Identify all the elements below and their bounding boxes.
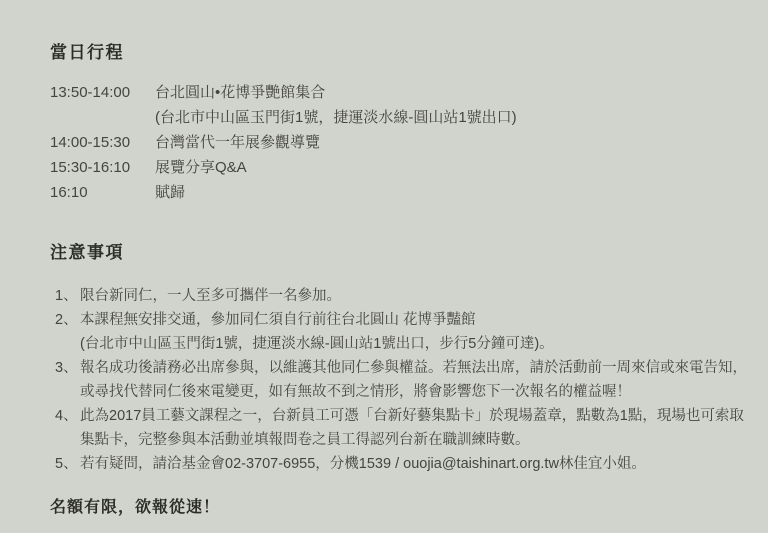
schedule-time: 15:30-16:10 <box>50 155 155 180</box>
note-item: 2、 本課程無安排交通，參加同仁須自行前往台北圓山 花博爭豔館 (台北市中山區玉… <box>55 308 750 356</box>
note-text-group: 若有疑問，請洽基金會02-3707-6955，分機1539 / ouojia@t… <box>80 452 646 476</box>
schedule-desc: 台灣當代一年展參觀導覽 <box>155 130 320 155</box>
schedule-time: 14:00-15:30 <box>50 130 155 155</box>
event-info-page: 當日行程 13:50-14:00 台北圓山•花博爭艷館集合 (台北市中山區玉門街… <box>0 0 768 533</box>
closing-line: 名額有限，欲報從速！ <box>50 494 750 517</box>
note-text-group: 限台新同仁，一人至多可攜伴一名參加。 <box>80 284 341 308</box>
note-text-group: 此為2017員工藝文課程之一，台新員工可憑「台新好藝集點卡」於現場蓋章，點數為1… <box>80 404 744 452</box>
note-text: 報名成功後請務必出席參與，以維護其他同仁參與權益。若無法出席，請於活動前一周來信… <box>80 356 747 380</box>
schedule-list: 13:50-14:00 台北圓山•花博爭艷館集合 (台北市中山區玉門街1號，捷運… <box>50 80 750 205</box>
note-number: 1、 <box>55 284 80 308</box>
note-number: 3、 <box>55 356 80 404</box>
schedule-desc-group: 賦歸 <box>155 180 185 205</box>
note-text: 若有疑問，請洽基金會02-3707-6955，分機1539 / ouojia@t… <box>80 452 646 476</box>
schedule-desc-group: 台灣當代一年展參觀導覽 <box>155 130 320 155</box>
schedule-desc: 賦歸 <box>155 180 185 205</box>
schedule-desc-group: 台北圓山•花博爭艷館集合 (台北市中山區玉門街1號，捷運淡水線-圓山站1號出口) <box>155 80 517 130</box>
schedule-time: 16:10 <box>50 180 155 205</box>
note-number: 5、 <box>55 452 80 476</box>
note-text-group: 報名成功後請務必出席參與，以維護其他同仁參與權益。若無法出席，請於活動前一周來信… <box>80 356 747 404</box>
note-item: 1、 限台新同仁，一人至多可攜伴一名參加。 <box>55 284 750 308</box>
note-item: 3、 報名成功後請務必出席參與，以維護其他同仁參與權益。若無法出席，請於活動前一… <box>55 356 750 404</box>
note-text-group: 本課程無安排交通，參加同仁須自行前往台北圓山 花博爭豔館 (台北市中山區玉門街1… <box>80 308 554 356</box>
schedule-desc-group: 展覽分享Q&A <box>155 155 247 180</box>
schedule-desc: 展覽分享Q&A <box>155 155 247 180</box>
notes-list: 1、 限台新同仁，一人至多可攜伴一名參加。 2、 本課程無安排交通，參加同仁須自… <box>50 284 750 476</box>
note-text: 集點卡，完整參與本活動並填報問卷之員工得認列台新在職訓練時數。 <box>80 428 744 452</box>
schedule-row: 14:00-15:30 台灣當代一年展參觀導覽 <box>50 130 750 155</box>
note-text: 或尋找代替同仁後來電變更，如有無故不到之情形，將會影響您下一次報名的權益喔！ <box>80 380 747 404</box>
note-text: 此為2017員工藝文課程之一，台新員工可憑「台新好藝集點卡」於現場蓋章，點數為1… <box>80 404 744 428</box>
schedule-row: 16:10 賦歸 <box>50 180 750 205</box>
schedule-row: 13:50-14:00 台北圓山•花博爭艷館集合 (台北市中山區玉門街1號，捷運… <box>50 80 750 130</box>
schedule-row: 15:30-16:10 展覽分享Q&A <box>50 155 750 180</box>
schedule-time: 13:50-14:00 <box>50 80 155 130</box>
note-item: 4、 此為2017員工藝文課程之一，台新員工可憑「台新好藝集點卡」於現場蓋章，點… <box>55 404 750 452</box>
schedule-desc: 台北圓山•花博爭艷館集合 <box>155 80 517 105</box>
note-text: 限台新同仁，一人至多可攜伴一名參加。 <box>80 284 341 308</box>
note-text: (台北市中山區玉門街1號，捷運淡水線-圓山站1號出口，步行5分鐘可達)。 <box>80 332 554 356</box>
note-number: 4、 <box>55 404 80 452</box>
note-item: 5、 若有疑問，請洽基金會02-3707-6955，分機1539 / ouoji… <box>55 452 750 476</box>
note-number: 2、 <box>55 308 80 356</box>
notes-heading: 注意事項 <box>50 238 750 263</box>
schedule-desc-address: (台北市中山區玉門街1號，捷運淡水線-圓山站1號出口) <box>155 105 517 130</box>
note-text: 本課程無安排交通，參加同仁須自行前往台北圓山 花博爭豔館 <box>80 308 554 332</box>
schedule-heading: 當日行程 <box>50 38 750 63</box>
